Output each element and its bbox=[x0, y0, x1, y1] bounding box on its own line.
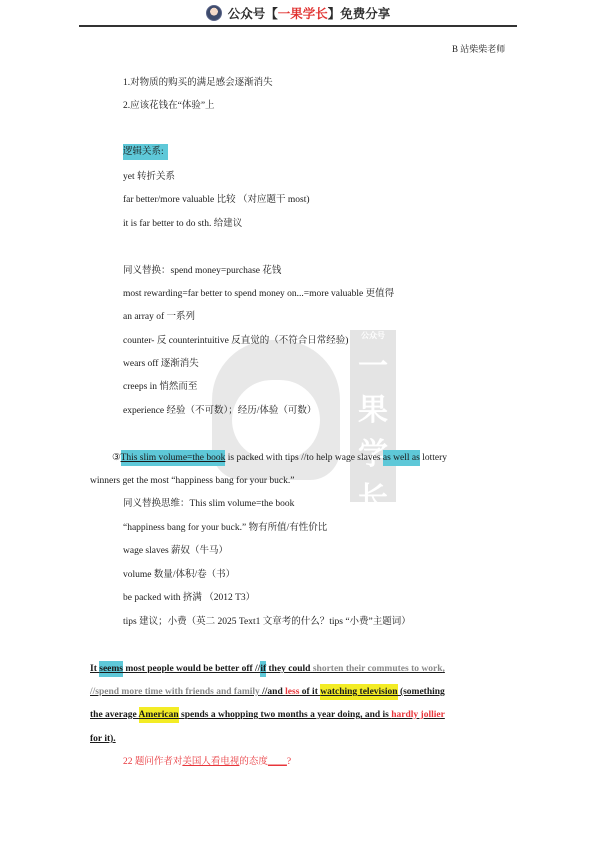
synonym-line: 同义替换：spend money=purchase 花钱 bbox=[123, 265, 281, 278]
synonym-line: most rewarding=far better to spend money… bbox=[123, 288, 394, 301]
passage-text: //and bbox=[260, 687, 285, 697]
highlight-word: American bbox=[139, 707, 179, 723]
passage-sentence-continued: winners get the most “happiness bang for… bbox=[90, 475, 294, 488]
banner-bracket-open: 【 bbox=[265, 4, 278, 22]
banner-prefix: 公众号 bbox=[228, 4, 266, 22]
red-phrase: hardly jollier bbox=[391, 710, 445, 720]
red-word: less bbox=[285, 687, 299, 697]
question-mark: ? bbox=[287, 757, 291, 767]
banner-bracket-close: 】 bbox=[328, 4, 341, 22]
synonym-line: experience 经验（不可数）；经历/体验（可数） bbox=[123, 405, 316, 418]
logic-line: yet 转折关系 bbox=[123, 171, 175, 184]
synonym-line: counter- 反 counterintuitive 反直觉的（不符合日常经验… bbox=[123, 335, 348, 348]
highlight-phrase: watching television bbox=[320, 684, 397, 700]
watermark-top-text: 公众号 bbox=[361, 330, 385, 341]
passage4-line: the average American spends a whopping t… bbox=[90, 709, 445, 722]
passage4-line: It seems most people would be better off… bbox=[90, 663, 445, 676]
header-banner: 公众号 【 一果学长 】 免费分享 bbox=[0, 0, 596, 26]
circled-number: ③ bbox=[112, 453, 121, 463]
question-line: 22 题问作者对美国人看电视的态度____? bbox=[123, 756, 291, 769]
gray-text: //spend more time with friends and famil… bbox=[90, 687, 260, 697]
banner-suffix: 免费分享 bbox=[340, 4, 390, 22]
banner-brand: 一果学长 bbox=[278, 4, 328, 22]
watermark-char: 果 bbox=[358, 385, 388, 429]
logic-heading-text: 逻辑关系: bbox=[123, 144, 168, 160]
passage-text: (something bbox=[398, 687, 445, 697]
passage-text: spends a whopping two months a year doin… bbox=[179, 710, 392, 720]
vocab-line: be packed with 挤满 （2012 T3） bbox=[123, 592, 255, 605]
logic-line: it is far better to do sth. 给建议 bbox=[123, 218, 242, 231]
passage4-line: for it). bbox=[90, 733, 116, 746]
synonym-line: an array of 一系列 bbox=[123, 311, 195, 324]
highlight-phrase: as well as bbox=[383, 450, 420, 466]
vocab-line: tips 建议；小费（英二 2025 Text1 文章考的什么？tips “小费… bbox=[123, 616, 411, 629]
summary-item: 1.对物质的购买的满足感会逐渐消失 bbox=[123, 77, 273, 90]
vocab-line: wage slaves 薪奴（牛马） bbox=[123, 545, 228, 558]
answer-blank: ____ bbox=[268, 757, 287, 767]
question-text: 的态度 bbox=[239, 757, 268, 767]
synonym-line: wears off 逐渐消失 bbox=[123, 358, 199, 371]
watermark-char: 一 bbox=[358, 341, 388, 385]
logic-line: far better/more valuable 比较 （对应题干 most) bbox=[123, 194, 310, 207]
author-label: B 站柴柴老师 bbox=[452, 42, 505, 55]
passage-text: is packed with tips //to help wage slave… bbox=[225, 453, 383, 463]
gray-text: shorten their commutes to work, bbox=[310, 664, 444, 674]
passage-sentence: ③This slim volume=the book is packed wit… bbox=[112, 452, 447, 465]
question-text: 22 题问作者对 bbox=[123, 757, 182, 767]
passage-text: It bbox=[90, 664, 99, 674]
passage-text: the average bbox=[90, 710, 139, 720]
passage-text: of it bbox=[299, 687, 320, 697]
vocab-line: 同义替换思维：This slim volume=the book bbox=[123, 498, 294, 511]
summary-item: 2.应该花钱在“体验”上 bbox=[123, 100, 215, 113]
watermark-stamp: 公众号 一 果 学 长 bbox=[350, 330, 396, 502]
avatar-icon bbox=[206, 5, 222, 21]
passage-text: they could bbox=[266, 664, 310, 674]
header-divider bbox=[79, 25, 517, 27]
vocab-line: volume 数量/体积/卷（书） bbox=[123, 569, 235, 582]
passage-text: most people would be better off // bbox=[123, 664, 260, 674]
highlight-phrase: This slim volume=the book bbox=[121, 450, 226, 466]
passage4-line: //spend more time with friends and famil… bbox=[90, 686, 445, 699]
highlight-word: seems bbox=[99, 661, 123, 677]
watermark-char: 长 bbox=[358, 473, 388, 517]
synonym-line: creeps in 悄然而至 bbox=[123, 381, 197, 394]
logic-heading: 逻辑关系: bbox=[123, 146, 168, 159]
vocab-line: “happiness bang for your buck.” 物有所值/有性价… bbox=[123, 522, 327, 535]
passage-text: lottery bbox=[420, 453, 447, 463]
question-underlined: 美国人看电视 bbox=[182, 757, 239, 767]
